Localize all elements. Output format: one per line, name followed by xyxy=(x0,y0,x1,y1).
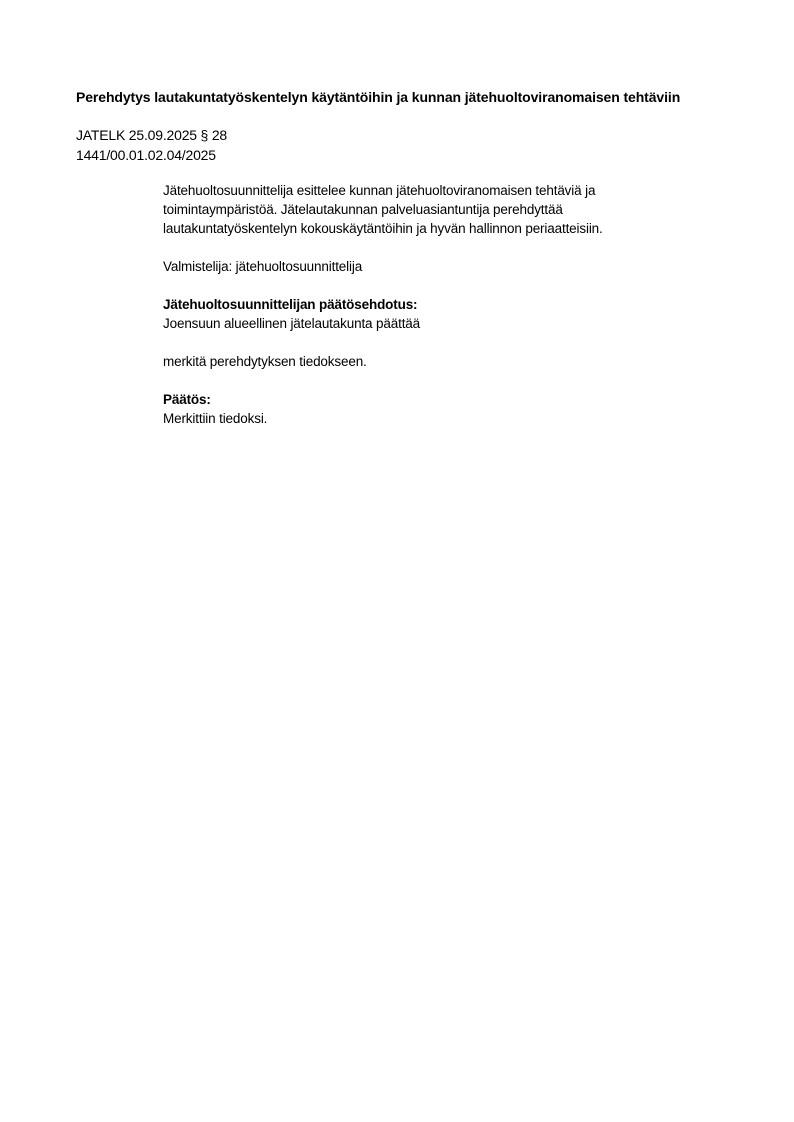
document-title: Perehdytys lautakuntatyöskentelyn käytän… xyxy=(76,89,680,105)
decision-text: Merkittiin tiedoksi. xyxy=(163,409,663,428)
proposal-action: merkitä perehdytyksen tiedokseen. xyxy=(163,352,663,371)
proposal-heading: Jätehuoltosuunnittelijan päätösehdotus: xyxy=(163,295,663,314)
intro-line: toimintaympäristöä. Jätelautakunnan palv… xyxy=(163,200,663,219)
record-number: 1441/00.01.02.04/2025 xyxy=(76,145,227,165)
intro-line: lautakuntatyöskentelyn kokouskäytäntöihi… xyxy=(163,219,663,238)
decision-heading: Päätös: xyxy=(163,390,663,409)
intro-paragraph: Jätehuoltosuunnittelija esittelee kunnan… xyxy=(163,181,663,238)
preparer: Valmistelija: jätehuoltosuunnittelija xyxy=(163,257,663,276)
meeting-reference: JATELK 25.09.2025 § 28 xyxy=(76,125,227,145)
intro-line: Jätehuoltosuunnittelija esittelee kunnan… xyxy=(163,181,663,200)
proposal-text: Joensuun alueellinen jätelautakunta päät… xyxy=(163,314,663,333)
document-body: Jätehuoltosuunnittelija esittelee kunnan… xyxy=(163,181,663,428)
document-meta: JATELK 25.09.2025 § 28 1441/00.01.02.04/… xyxy=(76,125,227,165)
